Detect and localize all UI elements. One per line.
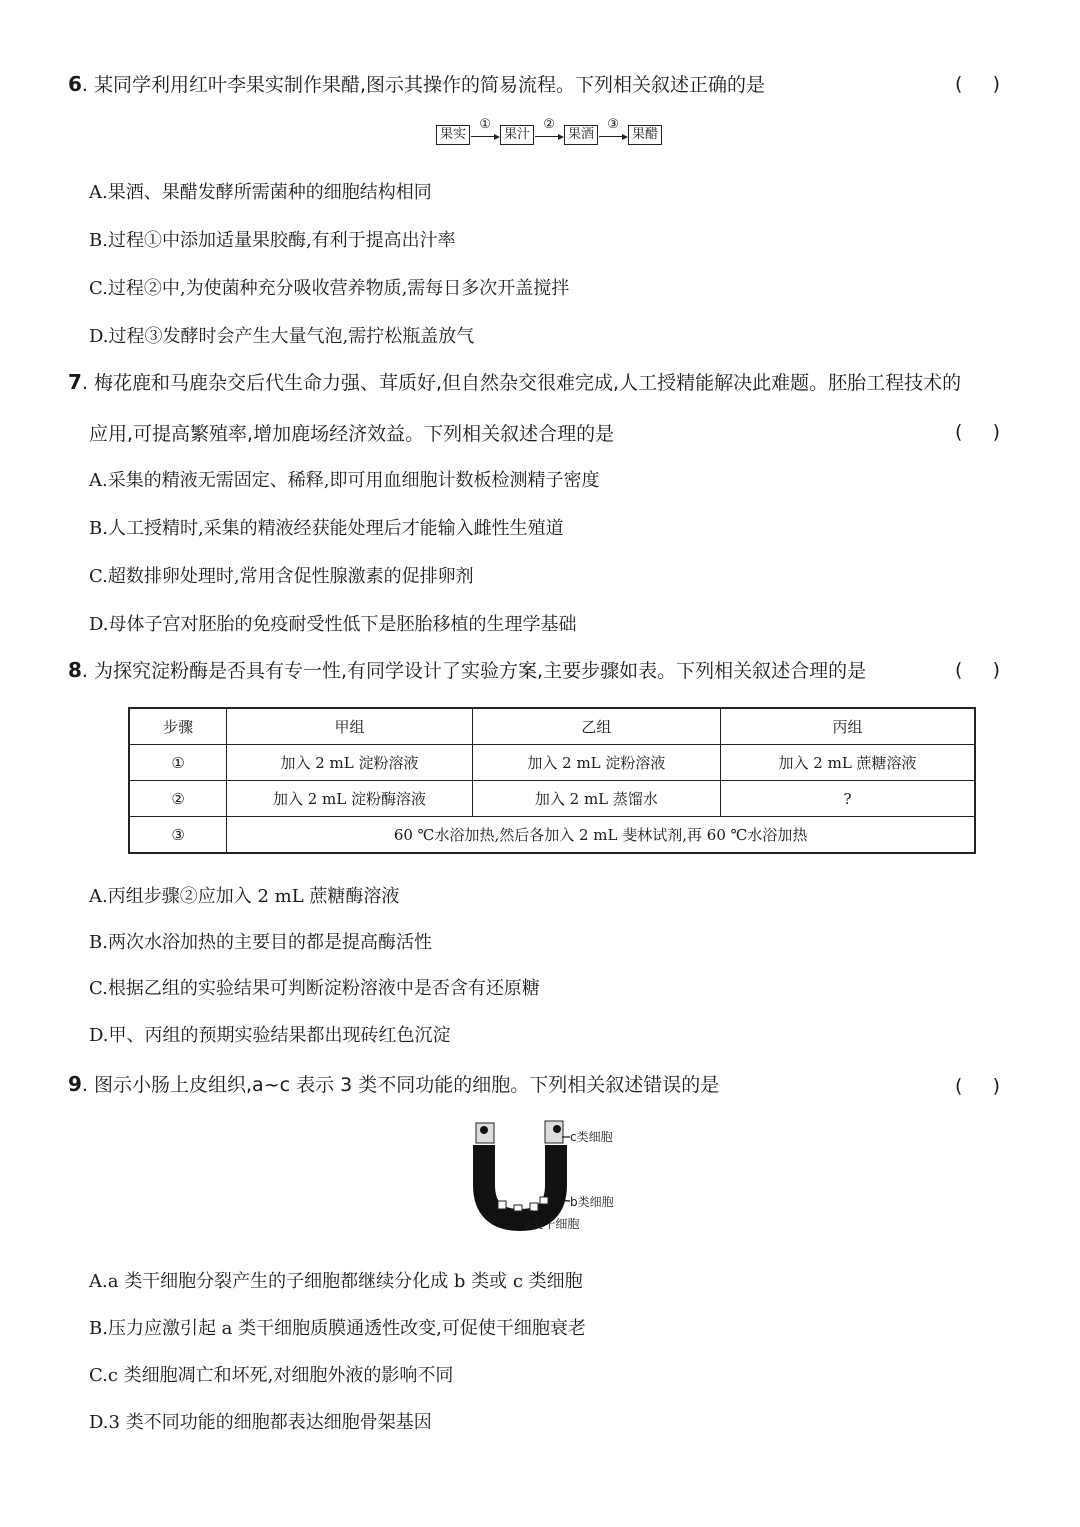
question-6-stem: 6. 某同学利用红叶李果实制作果醋,图示其操作的简易流程。下列相关叙述正确的是 — [68, 72, 765, 97]
option-d[interactable]: D.甲、丙组的预期实验结果都出现砖红色沉淀 — [89, 1024, 451, 1048]
label-b-cells: b类细胞 — [570, 1193, 614, 1210]
label-c-cells: c类细胞 — [570, 1128, 613, 1145]
option-d[interactable]: D.母体子宫对胚胎的免疫耐受性低下是胚胎移植的生理学基础 — [89, 613, 577, 637]
option-a[interactable]: A.果酒、果醋发酵所需菌种的细胞结构相同 — [89, 181, 432, 205]
table-header-row: 步骤 甲组 乙组 丙组 — [129, 708, 975, 745]
table-row: ① 加入 2 mL 淀粉溶液 加入 2 mL 淀粉溶液 加入 2 mL 蔗糖溶液 — [129, 745, 975, 781]
flow-node-juice: 果汁 — [500, 125, 534, 145]
arrow-icon: ① — [470, 125, 500, 145]
question-7-stem-line2: 应用,可提高繁殖率,增加鹿场经济效益。下列相关叙述合理的是 — [89, 422, 614, 446]
option-a[interactable]: A.采集的精液无需固定、稀释,即可用血细胞计数板检测精子密度 — [89, 469, 599, 493]
header-group-jia: 甲组 — [227, 708, 472, 745]
option-c[interactable]: C.根据乙组的实验结果可判断淀粉溶液中是否含有还原糖 — [89, 977, 540, 1001]
question-number: 8 — [68, 658, 82, 682]
question-number: 7 — [68, 370, 82, 394]
option-a[interactable]: A.丙组步骤②应加入 2 mL 蔗糖酶溶液 — [89, 885, 399, 909]
option-b[interactable]: B.压力应激引起 a 类干细胞质膜通透性改变,可促使干细胞衰老 — [89, 1317, 586, 1341]
label-a-stem-cells: a类干细胞 — [524, 1215, 579, 1232]
experiment-table: 步骤 甲组 乙组 丙组 ① 加入 2 mL 淀粉溶液 加入 2 mL 淀粉溶液 … — [128, 707, 976, 854]
arrow-icon: ③ — [598, 125, 628, 145]
option-a[interactable]: A.a 类干细胞分裂产生的子细胞都继续分化成 b 类或 c 类细胞 — [89, 1270, 583, 1294]
table-row: ② 加入 2 mL 淀粉酶溶液 加入 2 mL 蒸馏水 ? — [129, 781, 975, 817]
header-group-bing: 丙组 — [721, 708, 975, 745]
answer-blank[interactable]: ( ) — [955, 420, 1000, 444]
answer-blank[interactable]: ( ) — [955, 658, 1000, 682]
process-flow-diagram: 果实 ① 果汁 ② 果酒 ③ 果醋 — [436, 125, 662, 145]
option-c[interactable]: C.超数排卵处理时,常用含促性腺激素的促排卵剂 — [89, 565, 474, 589]
answer-blank[interactable]: ( ) — [955, 1074, 1000, 1098]
question-9-stem: 9. 图示小肠上皮组织,a~c 表示 3 类不同功能的细胞。下列相关叙述错误的是 — [68, 1072, 719, 1097]
option-d[interactable]: D.3 类不同功能的细胞都表达细胞骨架基因 — [89, 1411, 432, 1435]
option-c[interactable]: C.过程②中,为使菌种充分吸收营养物质,需每日多次开盖搅拌 — [89, 277, 569, 301]
question-number: 9 — [68, 1072, 82, 1096]
header-step: 步骤 — [129, 708, 227, 745]
flow-node-fruit: 果实 — [436, 125, 470, 145]
question-7-stem: 7. 梅花鹿和马鹿杂交后代生命力强、茸质好,但自然杂交很难完成,人工授精能解决此… — [68, 370, 961, 395]
flow-node-vinegar: 果醋 — [628, 125, 662, 145]
option-b[interactable]: B.两次水浴加热的主要目的都是提高酶活性 — [89, 931, 432, 955]
question-8-stem: 8. 为探究淀粉酶是否具有专一性,有同学设计了实验方案,主要步骤如表。下列相关叙… — [68, 658, 866, 683]
option-b[interactable]: B.过程①中添加适量果胶酶,有利于提高出汁率 — [89, 229, 456, 253]
flow-node-wine: 果酒 — [564, 125, 598, 145]
option-c[interactable]: C.c 类细胞凋亡和坏死,对细胞外液的影响不同 — [89, 1364, 453, 1388]
header-group-yi: 乙组 — [472, 708, 720, 745]
arrow-icon: ② — [534, 125, 564, 145]
question-number: 6 — [68, 72, 82, 96]
option-d[interactable]: D.过程③发酵时会产生大量气泡,需拧松瓶盖放气 — [89, 325, 474, 349]
table-row-merged: ③ 60 ℃水浴加热,然后各加入 2 mL 斐林试剂,再 60 ℃水浴加热 — [129, 817, 975, 854]
option-b[interactable]: B.人工授精时,采集的精液经获能处理后才能输入雌性生殖道 — [89, 517, 564, 541]
answer-blank[interactable]: ( ) — [955, 72, 1000, 96]
intestinal-epithelium-figure: c类细胞 b类细胞 a类干细胞 — [470, 1115, 650, 1240]
